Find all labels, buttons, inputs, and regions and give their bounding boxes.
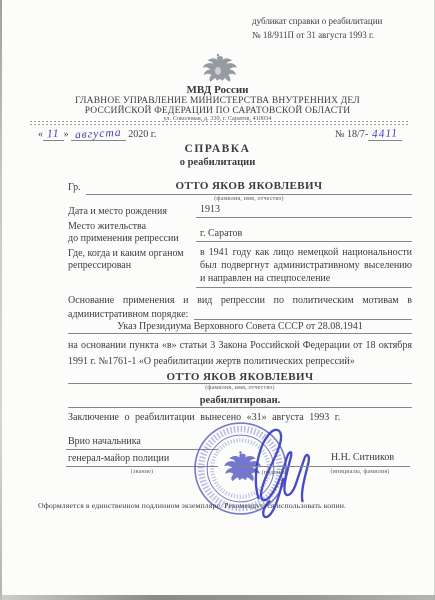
name-underline [86, 194, 412, 195]
quote-close: » [64, 129, 69, 140]
birth-field-value: 1913 [200, 204, 412, 215]
birth-underline [196, 217, 412, 218]
basis-intro-line1: Основание применения и вид репрессии по … [68, 295, 412, 306]
residence-underline [196, 241, 412, 242]
doc-subtitle: о реабилитации [0, 157, 435, 168]
citizen-name: ОТТО ЯКОВ ЯКОВЛЕВИЧ [86, 180, 412, 192]
basis-fill-line [194, 308, 412, 320]
duplicate-note-line1: дубликат справки о реабилитации [252, 15, 382, 29]
doc-number-handwritten: 4411 [372, 127, 399, 140]
verdict-underline [68, 407, 412, 408]
residence-field-label: Место жительства до применения репрессии [68, 221, 179, 244]
duplicate-note-line2: № 18/911П от 31 августа 1993 г. [252, 29, 382, 43]
issue-year: 2020 г. [128, 129, 156, 140]
residence-label-line2: до применения репрессии [68, 233, 179, 245]
rehabilitated-name-caption: (фамилия, имя, отчество) [68, 385, 412, 391]
name-caption: (фамилия, имя, отчество) [86, 196, 412, 202]
residence-label-line1: Место жительства [68, 221, 179, 233]
issue-day-handwritten: 11 [47, 128, 60, 141]
mvd-eagle-emblem-icon [196, 53, 240, 85]
residence-field-value: г. Саратов [200, 228, 412, 239]
repression-label-line1: Где, когда и каким органом [68, 248, 184, 260]
basis-decree: Указ Президиума Верховного Совета СССР о… [68, 321, 412, 332]
birth-field-label: Дата и место рождения [68, 206, 167, 218]
verdict-text: реабилитирован. [68, 395, 412, 406]
scan-edge-bottom [0, 595, 435, 600]
initials-caption: (инициалы, фамилия) [305, 469, 415, 475]
repression-field-label: Где, когда и каким органом репрессирован [68, 248, 184, 271]
header-separator [30, 121, 410, 125]
official-position-line1: Врио начальника [68, 436, 141, 447]
duplicate-note: дубликат справки о реабилитации № 18/911… [252, 15, 382, 42]
law-reference: на основании пункта «в» статьи 3 Закона … [68, 338, 412, 369]
official-name-underline [310, 466, 410, 467]
rehabilitation-certificate-scan: дубликат справки о реабилитации № 18/911… [0, 0, 435, 600]
repression-field-value: в 1941 году как лицо немецкой национальн… [200, 246, 412, 285]
repression-label-line2: репрессирован [68, 260, 184, 272]
org-name-line1: ГЛАВНОЕ УПРАВЛЕНИЕ МИНИСТЕРСТВА ВНУТРЕНН… [0, 96, 435, 106]
rehabilitated-name-underline [68, 383, 412, 384]
footer-note: Оформляется в единственном подлинном экз… [38, 501, 346, 510]
org-name-short: МВД России [0, 84, 435, 96]
repression-underline [196, 287, 412, 288]
doc-number-prefix: № 18/7- [335, 129, 368, 140]
signature-underline [235, 466, 320, 467]
official-name: Н.Н. Ситников [315, 452, 410, 463]
issue-date: «11» августа 2020 г. [38, 128, 156, 140]
citizen-label: Гр. [68, 182, 81, 193]
official-position-line2: генерал-майор полиции [68, 453, 169, 464]
doc-number: № 18/7-4411 [335, 128, 402, 140]
doc-title: СПРАВКА [0, 143, 435, 155]
decree-underline [68, 333, 412, 334]
basis-intro-line2-row: административном порядке: [68, 308, 412, 320]
issue-month-handwritten: августа [75, 127, 122, 141]
rehabilitated-name: ОТТО ЯКОВ ЯКОВЛЕВИЧ [68, 371, 412, 383]
basis-intro-line2: административном порядке: [68, 309, 188, 320]
